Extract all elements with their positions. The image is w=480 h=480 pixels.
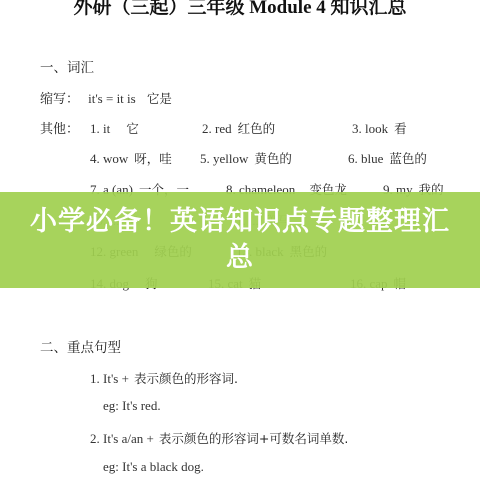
vocab-zh: 它 [126,121,139,136]
pattern-rule: 1. It's + 表示颜色的形容词. [90,368,238,387]
abbreviation-en: it's = it is [88,91,136,106]
banner-title: 小学必备！英语知识点专题整理汇总 [30,204,450,276]
vocab-item: 2. red红色的 [202,118,275,137]
section-sentence-patterns-heading: 二、重点句型 [40,336,121,356]
vocab-en: 1. it [90,121,110,136]
title-banner: 小学必备！英语知识点专题整理汇总 [0,192,480,288]
pattern-example: eg: It's a black dog. [103,459,204,475]
vocab-en: 3. look [352,121,388,136]
vocab-zh: 红色的 [238,121,276,136]
abbreviation-zh: 它是 [147,91,172,106]
abbreviation-row: 缩写： it's = it is 它是 [40,88,172,107]
document-title: 外研（三起）三年级 Module 4 知识汇总 [0,0,480,19]
vocab-en: 2. red [202,121,232,136]
pattern-rule-en: 1. It's + [90,371,129,386]
section-vocabulary-heading: 一、词汇 [40,56,94,76]
vocab-item: 5. yellow黄色的 [200,148,292,167]
vocab-zh: 呀，哇 [134,151,172,166]
pattern-rule: 2. It's a/an + 表示颜色的形容词+可数名词单数. [90,428,348,447]
vocab-zh: 蓝色的 [389,151,427,166]
vocab-zh: 黄色的 [254,151,292,166]
vocab-en: 5. yellow [200,151,248,166]
pattern-example: eg: It's red. [103,398,161,414]
vocab-item: 4. wow呀，哇 [90,148,172,167]
pattern-rule-zh: 表示颜色的形容词+可数名词单数. [159,431,348,446]
abbreviation-label: 缩写： [40,92,79,107]
others-label: 其他： [40,118,79,137]
vocab-item: 1. it它 [90,118,139,137]
pattern-rule-zh: 表示颜色的形容词. [134,371,238,386]
vocab-en: 4. wow [90,151,128,166]
pattern-rule-en: 2. It's a/an + [90,431,154,446]
vocab-item: 6. blue蓝色的 [348,148,427,167]
vocab-en: 6. blue [348,151,383,166]
vocab-zh: 看 [394,121,407,136]
vocab-item: 3. look看 [352,118,407,137]
